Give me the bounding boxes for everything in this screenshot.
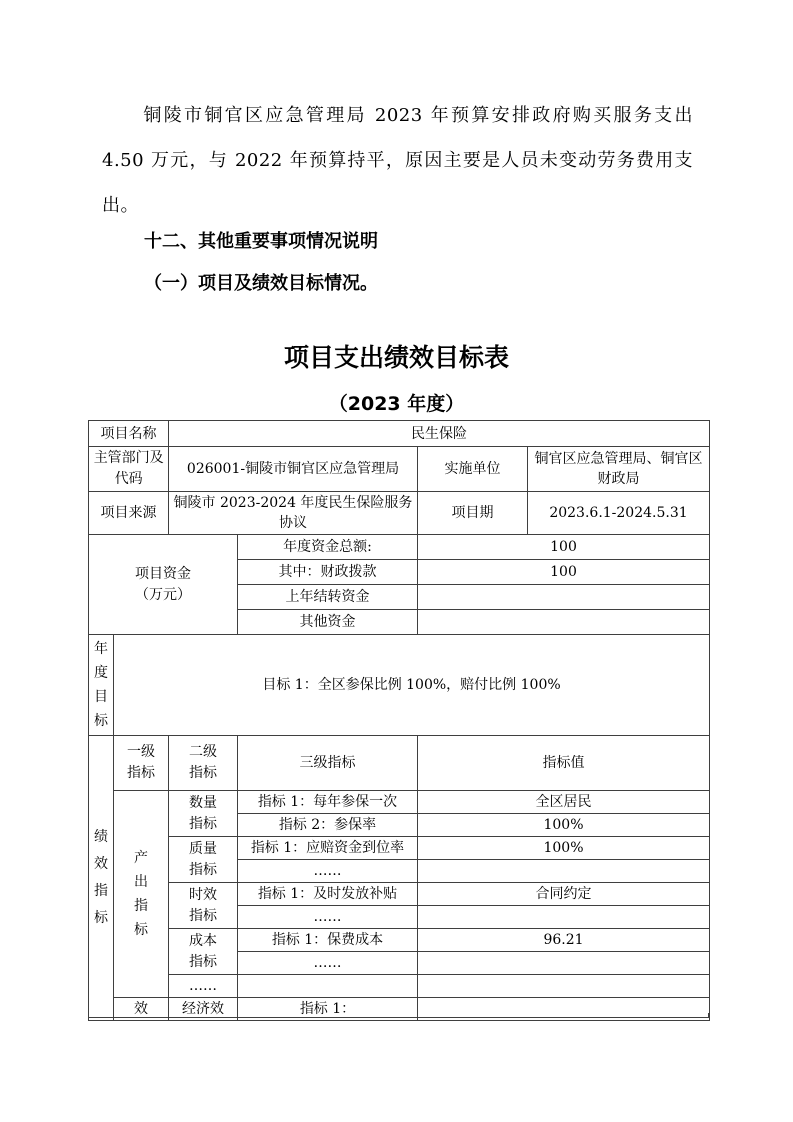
perf-level2-cell: …… — [169, 975, 238, 998]
perf-level2-cell: 数量指标 — [169, 791, 238, 837]
funds-row-value-cell: 100 — [418, 560, 710, 585]
funds-row-value-cell — [418, 585, 710, 610]
perf-header-value: 指标值 — [418, 736, 710, 791]
perf-level2-cell: 时效指标 — [169, 883, 238, 929]
perf-indicator-cell: …… — [238, 860, 418, 883]
document-page: { "intro": { "paragraph": "铜陵市铜官区应急管理局 2… — [0, 0, 793, 1122]
dept-value-cell: 026001-铜陵市铜官区应急管理局 — [169, 447, 418, 492]
table-title: 项目支出绩效目标表 — [0, 338, 793, 374]
dept-label: 主管部门及代码 — [93, 448, 164, 490]
perf-value-cell: 全区居民 — [418, 791, 710, 814]
annual-goal-label: 年度目标 — [93, 637, 108, 733]
perf-indicator-cell: 指标 1：每年参保一次 — [238, 791, 418, 814]
perf-value-cell — [418, 860, 710, 883]
performance-target-table: 项目名称 民生保险 主管部门及代码 026001-铜陵市铜官区应急管理局 实施单… — [88, 420, 710, 1021]
perf-indicator-cell: 指标 2：参保率 — [238, 814, 418, 837]
intro-paragraph: 铜陵市铜官区应急管理局 2023 年预算安排政府购买服务支出 4.50 万元，与… — [102, 93, 693, 228]
funds-label: 项目资金（万元） — [131, 564, 195, 606]
funds-row-name-cell: 上年结转资金 — [238, 585, 418, 610]
perf-value-cell: 100% — [418, 814, 710, 837]
period-value-cell: 2023.6.1-2024.5.31 — [528, 492, 710, 535]
perf-indicator-cell: 指标 1：应赔资金到位率 — [238, 837, 418, 860]
subsection-heading: （一）项目及绩效目标情况。 — [144, 269, 378, 295]
dept-label-cell: 主管部门及代码 — [89, 447, 169, 492]
perf-value-cell — [418, 975, 710, 998]
source-label-cell: 项目来源 — [89, 492, 169, 535]
perf-header-level3: 三级指标 — [238, 736, 418, 791]
table-subtitle: （2023 年度） — [0, 389, 793, 416]
perf-indicator-cell — [238, 975, 418, 998]
perf-level2-cell: 质量指标 — [169, 837, 238, 883]
impl-unit-value-cell: 铜官区应急管理局、铜官区财政局 — [528, 447, 710, 492]
impl-unit-label-cell: 实施单位 — [418, 447, 528, 492]
perf-level2-cell: 成本指标 — [169, 929, 238, 975]
funds-label-cell: 项目资金（万元） — [89, 535, 238, 635]
perf-level1-output: 产出指标 — [133, 846, 148, 942]
annual-goal-label-cell: 年度目标 — [89, 635, 114, 736]
perf-indicator-cell: …… — [238, 952, 418, 975]
funds-row-name-cell: 年度资金总额: — [238, 535, 418, 560]
period-label-cell: 项目期 — [418, 492, 528, 535]
perf-header-level2: 二级指标 — [169, 736, 238, 791]
section-heading: 十二、其他重要事项情况说明 — [144, 227, 378, 253]
perf-value-cell: 合同约定 — [418, 883, 710, 906]
funds-row-value-cell — [418, 610, 710, 635]
perf-label-cell: 绩效指标 — [89, 736, 114, 1021]
perf-value-cell — [418, 952, 710, 975]
funds-row-value-cell: 100 — [418, 535, 710, 560]
perf-level1-output-cell: 产出指标 — [114, 791, 169, 998]
perf-indicator-cell: …… — [238, 906, 418, 929]
project-name-label-cell: 项目名称 — [89, 421, 169, 447]
annual-goal-value-cell: 目标 1：全区参保比例 100%，赔付比例 100% — [114, 635, 710, 736]
funds-row-name-cell: 其中：财政拨款 — [238, 560, 418, 585]
perf-label: 绩效指标 — [93, 824, 108, 932]
perf-indicator-cell: 指标 1：保费成本 — [238, 929, 418, 952]
perf-indicator-cell: 指标 1：及时发放补贴 — [238, 883, 418, 906]
project-name-value-cell: 民生保险 — [169, 421, 710, 447]
perf-value-cell: 100% — [418, 837, 710, 860]
page-break-border — [88, 1013, 709, 1018]
source-value-cell: 铜陵市 2023-2024 年度民生保险服务协议 — [169, 492, 418, 535]
perf-value-cell — [418, 906, 710, 929]
perf-value-cell: 96.21 — [418, 929, 710, 952]
perf-header-level1: 一级指标 — [114, 736, 169, 791]
funds-row-name-cell: 其他资金 — [238, 610, 418, 635]
